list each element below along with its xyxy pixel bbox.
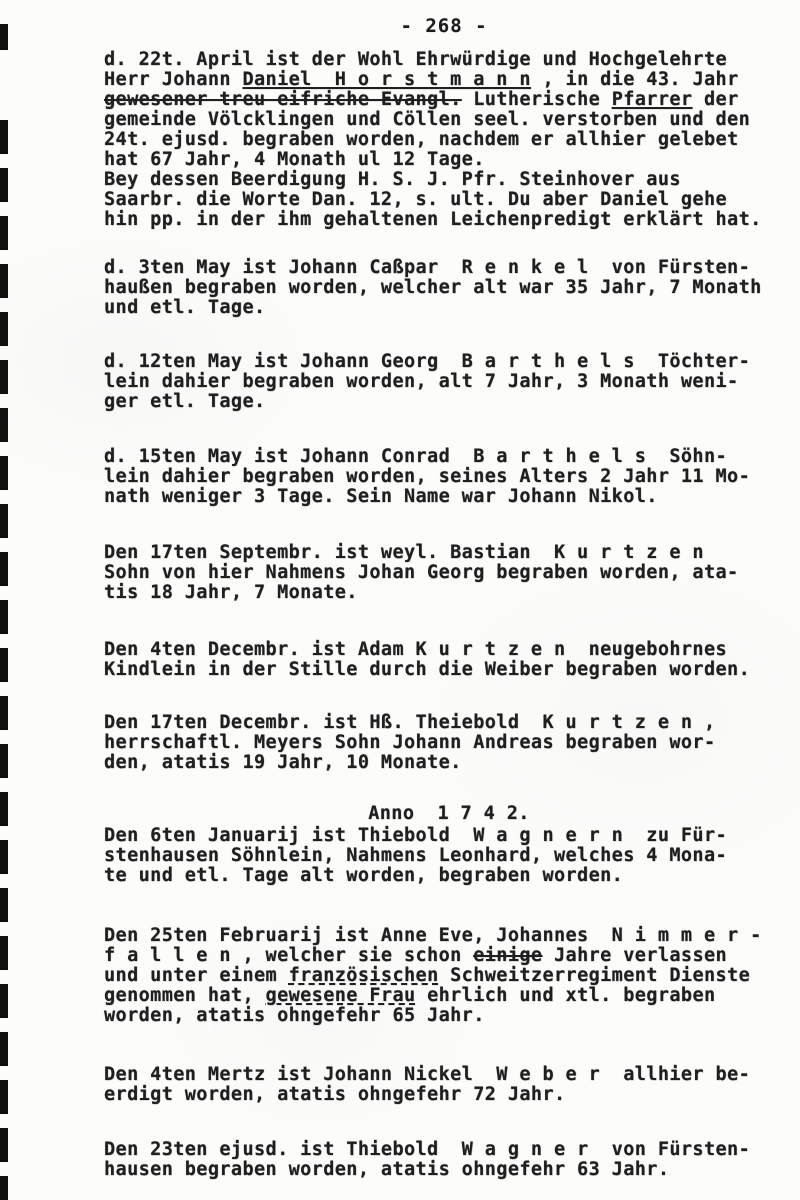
entry-horstmann-burial: d. 22t. April ist der Wohl Ehrwürdige un… (104, 50, 794, 230)
scan-edge-marks (0, 120, 8, 1200)
scanned-register-page: { "colors": { "paper": "#fcfcfb", "ink":… (0, 0, 800, 1200)
entry-kurtzen-bastian-burial: Den 17ten Septembr. ist weyl. Bastian K … (104, 543, 794, 603)
entry-kurtzen-infant-burial: Den 4ten Decembr. ist Adam K u r t z e n… (104, 640, 794, 680)
register-text-column: d. 22t. April ist der Wohl Ehrwürdige un… (104, 50, 794, 1180)
anno-1742-heading: Anno 1 7 4 2. (104, 804, 794, 824)
entry-barthels-daughter-burial: d. 12ten May ist Johann Georg B a r t h … (104, 352, 794, 412)
entry-kurtzen-andreas-burial: Den 17ten Decembr. ist Hß. Theiebold K u… (104, 713, 794, 773)
entry-barthels-son-burial: d. 15ten May ist Johann Conrad B a r t h… (104, 447, 794, 507)
entry-wagner-burial: Den 23ten ejusd. ist Thiebold W a g n e … (104, 1140, 794, 1180)
page-number: - 268 - (104, 15, 784, 37)
scan-edge-mark (0, 24, 8, 50)
entry-weber-burial: Den 4ten Mertz ist Johann Nickel W e b e… (104, 1065, 794, 1105)
entry-wagnern-infant-burial: Den 6ten Januarij ist Thiebold W a g n e… (104, 826, 794, 886)
entry-nimmerfallen-burial: Den 25ten Februarij ist Anne Eve, Johann… (104, 926, 794, 1026)
entry-renkel-burial: d. 3ten May ist Johann Caßpar R e n k e … (104, 258, 794, 318)
